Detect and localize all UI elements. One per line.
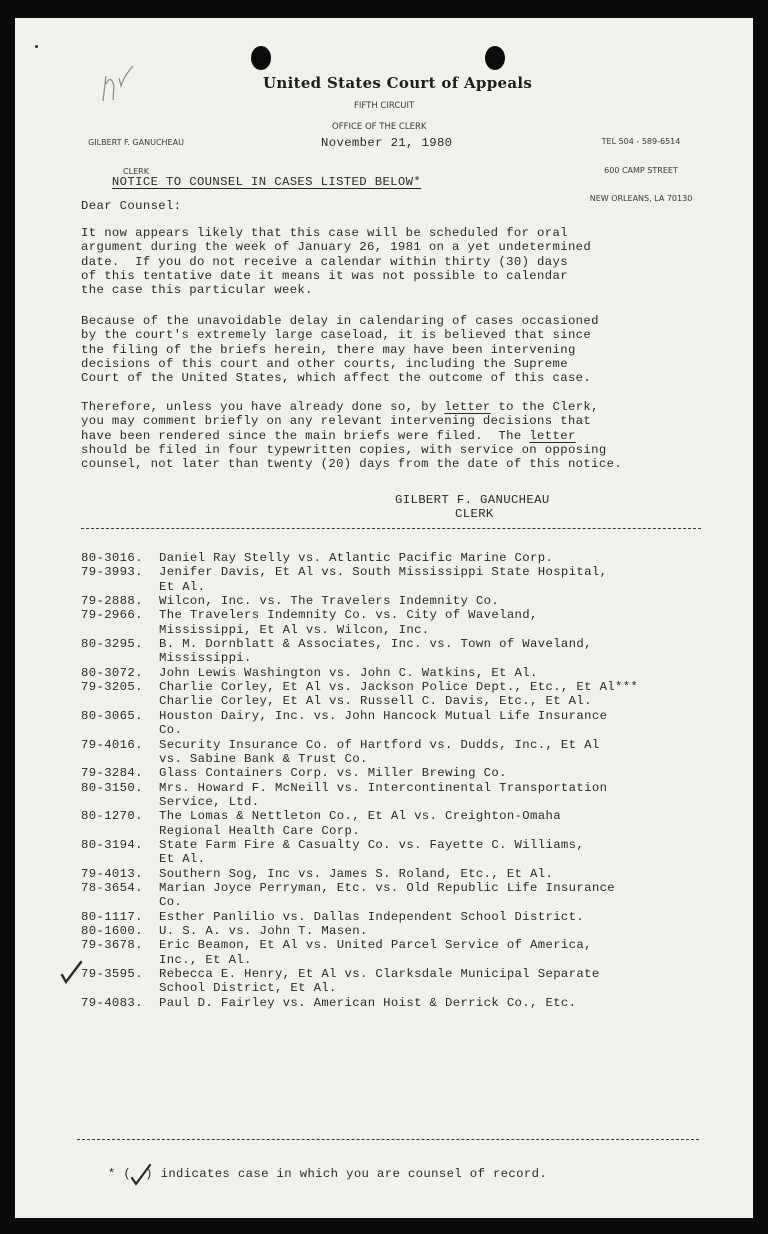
phone: TEL 504 - 589-6514 bbox=[581, 137, 701, 147]
underlined-word: letter bbox=[444, 400, 490, 414]
case-title-continued: Co. bbox=[81, 895, 615, 909]
notice-title: NOTICE TO COUNSEL IN CASES LISTED BELOW* bbox=[81, 161, 421, 203]
document-page: United States Court of Appeals FIFTH CIR… bbox=[15, 18, 753, 1218]
case-number: 79-4083. bbox=[81, 996, 159, 1010]
case-number: 80-3016. bbox=[81, 551, 159, 565]
case-item: 80-3065.Houston Dairy, Inc. vs. John Han… bbox=[81, 709, 607, 738]
case-item: 78-3654.Marian Joyce Perryman, Etc. vs. … bbox=[81, 881, 615, 910]
notice-title-text: NOTICE TO COUNSEL IN CASES LISTED BELOW* bbox=[112, 175, 421, 189]
case-item: 80-1117.Esther Panlilio vs. Dallas Indep… bbox=[81, 910, 584, 924]
case-title: The Lomas & Nettleton Co., Et Al vs. Cre… bbox=[159, 809, 561, 823]
case-item: 79-2966.The Travelers Indemnity Co. vs. … bbox=[81, 608, 538, 637]
clerk-name: GILBERT F. GANUCHEAU bbox=[76, 138, 196, 148]
case-title-continued: Service, Ltd. bbox=[81, 795, 607, 809]
case-number: 80-1600. bbox=[81, 924, 159, 938]
case-title: Houston Dairy, Inc. vs. John Hancock Mut… bbox=[159, 709, 607, 723]
case-item: 79-4083.Paul D. Fairley vs. American Hoi… bbox=[81, 996, 576, 1010]
paragraph-line: the filing of the briefs herein, there m… bbox=[81, 343, 599, 357]
footnote: * () indicates case in which you are cou… bbox=[77, 1153, 547, 1195]
office-label: OFFICE OF THE CLERK bbox=[332, 122, 426, 132]
case-title: Eric Beamon, Et Al vs. United Parcel Ser… bbox=[159, 938, 592, 952]
case-title-continued: Et Al. bbox=[81, 580, 607, 594]
case-title: Paul D. Fairley vs. American Hoist & Der… bbox=[159, 996, 576, 1010]
case-title: Charlie Corley, Et Al vs. Jackson Police… bbox=[159, 680, 638, 694]
paragraph-delay: Because of the unavoidable delay in cale… bbox=[81, 314, 599, 385]
case-title-continued: Et Al. bbox=[81, 852, 584, 866]
case-number: 79-3284. bbox=[81, 766, 159, 780]
case-title-continued: Charlie Corley, Et Al vs. Russell C. Dav… bbox=[81, 694, 638, 708]
footnote-prefix: * ( bbox=[108, 1167, 131, 1181]
case-number: 79-4016. bbox=[81, 738, 159, 752]
case-title: B. M. Dornblatt & Associates, Inc. vs. T… bbox=[159, 637, 592, 651]
case-item: 80-3194.State Farm Fire & Casualty Co. v… bbox=[81, 838, 584, 867]
case-item: 79-3205.Charlie Corley, Et Al vs. Jackso… bbox=[81, 680, 638, 709]
case-item: 79-4016.Security Insurance Co. of Hartfo… bbox=[81, 738, 600, 767]
paragraph-line: It now appears likely that this case wil… bbox=[81, 226, 591, 240]
address-block: TEL 504 - 589-6514 600 CAMP STREET NEW O… bbox=[581, 118, 701, 223]
case-item: 79-2888.Wilcon, Inc. vs. The Travelers I… bbox=[81, 594, 499, 608]
case-item: 80-1600.U. S. A. vs. John T. Masen. bbox=[81, 924, 368, 938]
case-number: 80-3295. bbox=[81, 637, 159, 651]
paragraph-line: should be filed in four typewritten copi… bbox=[81, 443, 622, 457]
case-number: 79-3678. bbox=[81, 938, 159, 952]
paragraph-line: decisions of this court and other courts… bbox=[81, 357, 599, 371]
case-title: Marian Joyce Perryman, Etc. vs. Old Repu… bbox=[159, 881, 615, 895]
handwritten-initials-icon bbox=[93, 56, 141, 106]
case-title: Southern Sog, Inc vs. James S. Roland, E… bbox=[159, 867, 553, 881]
salutation: Dear Counsel: bbox=[81, 199, 181, 213]
paragraph-line: counsel, not later than twenty (20) days… bbox=[81, 457, 622, 471]
paragraph-oral-argument: It now appears likely that this case wil… bbox=[81, 226, 591, 297]
paragraph-line: date. If you do not receive a calendar w… bbox=[81, 255, 591, 269]
circuit-label: FIFTH CIRCUIT bbox=[354, 101, 414, 111]
case-title: Security Insurance Co. of Hartford vs. D… bbox=[159, 738, 600, 752]
case-title: U. S. A. vs. John T. Masen. bbox=[159, 924, 368, 938]
paragraph-letter-instructions: Therefore, unless you have already done … bbox=[81, 400, 622, 471]
case-title: State Farm Fire & Casualty Co. vs. Fayet… bbox=[159, 838, 584, 852]
case-title: Daniel Ray Stelly vs. Atlantic Pacific M… bbox=[159, 551, 553, 565]
checkmark-icon bbox=[59, 959, 85, 989]
dashed-separator bbox=[81, 528, 701, 529]
case-item: 79-3284.Glass Containers Corp. vs. Mille… bbox=[81, 766, 507, 780]
case-number: 79-2966. bbox=[81, 608, 159, 622]
case-title-continued: Regional Health Care Corp. bbox=[81, 824, 561, 838]
case-title-continued: Mississippi. bbox=[81, 651, 592, 665]
case-title: The Travelers Indemnity Co. vs. City of … bbox=[159, 608, 538, 622]
case-number: 79-2888. bbox=[81, 594, 159, 608]
case-number: 79-3595. bbox=[81, 967, 159, 981]
paragraph-line: Court of the United States, which affect… bbox=[81, 371, 599, 385]
paragraph-line: argument during the week of January 26, … bbox=[81, 240, 591, 254]
case-item: 80-1270.The Lomas & Nettleton Co., Et Al… bbox=[81, 809, 561, 838]
case-item: 80-3072.John Lewis Washington vs. John C… bbox=[81, 666, 538, 680]
letter-date: November 21, 1980 bbox=[321, 136, 452, 150]
footer-separator bbox=[77, 1139, 699, 1140]
case-item: 80-3016.Daniel Ray Stelly vs. Atlantic P… bbox=[81, 551, 553, 565]
case-title-continued: Mississippi, Et Al vs. Wilcon, Inc. bbox=[81, 623, 538, 637]
case-title-continued: School District, Et Al. bbox=[81, 981, 600, 995]
case-item: 80-3150.Mrs. Howard F. McNeill vs. Inter… bbox=[81, 781, 607, 810]
paragraph-line: of this tentative date it means it was n… bbox=[81, 269, 591, 283]
case-title: Jenifer Davis, Et Al vs. South Mississip… bbox=[159, 565, 607, 579]
case-title: Wilcon, Inc. vs. The Travelers Indemnity… bbox=[159, 594, 499, 608]
footnote-text: ) indicates case in which you are counse… bbox=[145, 1167, 547, 1181]
punch-hole-left bbox=[251, 46, 271, 70]
case-item: 80-3295.B. M. Dornblatt & Associates, In… bbox=[81, 637, 592, 666]
paragraph-line: have been rendered since the main briefs… bbox=[81, 429, 622, 443]
paragraph-line: by the court's extremely large caseload,… bbox=[81, 328, 599, 342]
case-title-continued: vs. Sabine Bank & Trust Co. bbox=[81, 752, 600, 766]
city: NEW ORLEANS, LA 70130 bbox=[581, 194, 701, 204]
case-item: 79-3595.Rebecca E. Henry, Et Al vs. Clar… bbox=[81, 967, 600, 996]
paragraph-line: the case this particular week. bbox=[81, 283, 591, 297]
case-number: 80-3065. bbox=[81, 709, 159, 723]
case-title: Esther Panlilio vs. Dallas Independent S… bbox=[159, 910, 584, 924]
case-item: 79-3993.Jenifer Davis, Et Al vs. South M… bbox=[81, 565, 607, 594]
street: 600 CAMP STREET bbox=[581, 166, 701, 176]
case-item: 79-3678.Eric Beamon, Et Al vs. United Pa… bbox=[81, 938, 592, 967]
paragraph-line: you may comment briefly on any relevant … bbox=[81, 414, 622, 428]
case-title: Rebecca E. Henry, Et Al vs. Clarksdale M… bbox=[159, 967, 600, 981]
paragraph-line: Therefore, unless you have already done … bbox=[81, 400, 622, 414]
signature-title: CLERK bbox=[455, 507, 494, 521]
case-number: 79-4013. bbox=[81, 867, 159, 881]
case-item: 79-4013.Southern Sog, Inc vs. James S. R… bbox=[81, 867, 553, 881]
case-number: 79-3205. bbox=[81, 680, 159, 694]
punch-hole-right bbox=[485, 46, 505, 70]
case-number: 80-3150. bbox=[81, 781, 159, 795]
speck bbox=[35, 45, 38, 48]
case-number: 80-3194. bbox=[81, 838, 159, 852]
case-number: 80-1117. bbox=[81, 910, 159, 924]
court-name: United States Court of Appeals bbox=[263, 74, 532, 92]
case-title: Mrs. Howard F. McNeill vs. Intercontinen… bbox=[159, 781, 607, 795]
case-number: 78-3654. bbox=[81, 881, 159, 895]
signature-name: GILBERT F. GANUCHEAU bbox=[395, 493, 550, 507]
case-title: Glass Containers Corp. vs. Miller Brewin… bbox=[159, 766, 507, 780]
paragraph-line: Because of the unavoidable delay in cale… bbox=[81, 314, 599, 328]
case-number: 80-3072. bbox=[81, 666, 159, 680]
case-title-continued: Inc., Et Al. bbox=[81, 953, 592, 967]
case-title: John Lewis Washington vs. John C. Watkin… bbox=[159, 666, 538, 680]
underlined-word: letter bbox=[529, 429, 575, 443]
case-number: 79-3993. bbox=[81, 565, 159, 579]
case-title-continued: Co. bbox=[81, 723, 607, 737]
case-number: 80-1270. bbox=[81, 809, 159, 823]
